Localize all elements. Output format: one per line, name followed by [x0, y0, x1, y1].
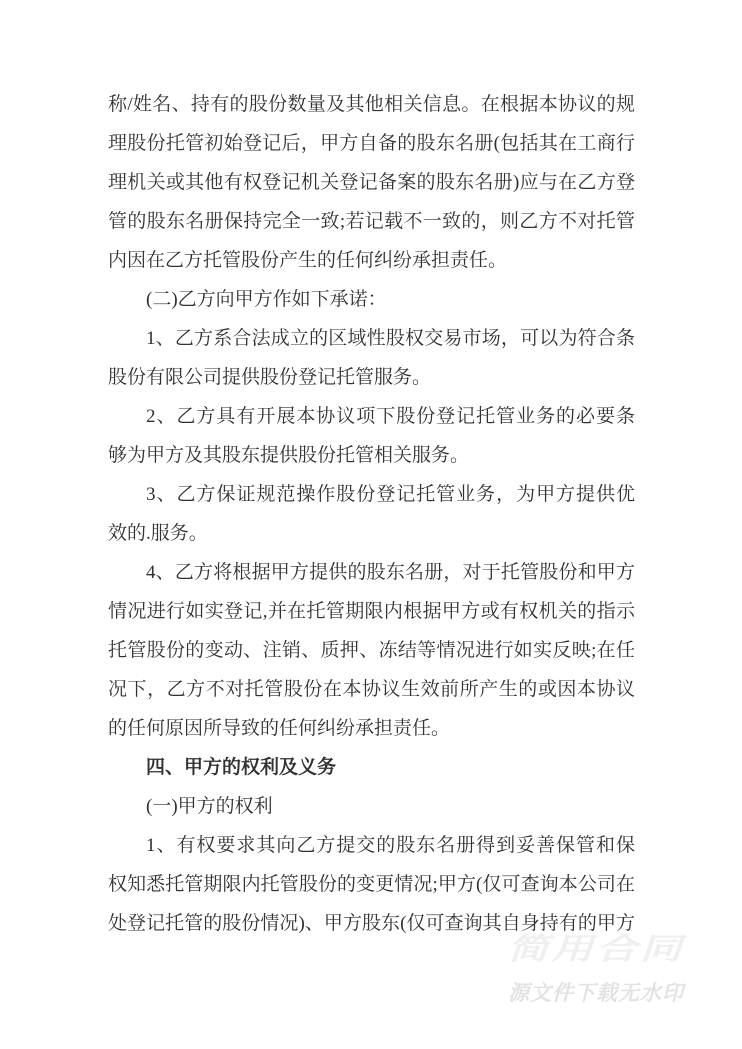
text-line: 1、有权要求其向乙方提交的股东名册得到妥善保管和保密，有	[108, 826, 635, 865]
paragraph: (二)乙方向甲方作如下承诺：	[108, 280, 635, 319]
text-line: (二)乙方向甲方作如下承诺：	[108, 280, 635, 319]
contract-body-text: 称/姓名、持有的股份数量及其他相关信息。在根据本协议的规定办理股份托管初始登记后…	[108, 85, 635, 943]
text-line: 2、乙方具有开展本协议项下股份登记托管业务的必要条件，能	[108, 397, 635, 436]
text-line: 的任何原因所导致的任何纠纷承担责任。	[108, 709, 635, 748]
text-line: 理机关或其他有权登记机关登记备案的股东名册)应与在乙方登记托	[108, 163, 635, 202]
paragraph: 四、甲方的权利及义务	[108, 748, 635, 787]
paragraph: 1、有权要求其向乙方提交的股东名册得到妥善保管和保密，有权知悉托管期限内托管股份…	[108, 826, 635, 943]
text-line: 3、乙方保证规范操作股份登记托管业务，为甲方提供优质、高	[108, 475, 635, 514]
paragraph: 3、乙方保证规范操作股份登记托管业务，为甲方提供优质、高效的.服务。	[108, 475, 635, 553]
watermark-tagline-text: 源文件下载无水印	[508, 977, 684, 1007]
text-line: 权知悉托管期限内托管股份的变更情况;甲方(仅可查询本公司在乙方	[108, 865, 635, 904]
text-line: 四、甲方的权利及义务	[108, 748, 635, 787]
text-line: (一)甲方的权利	[108, 787, 635, 826]
text-line: 理股份托管初始登记后，甲方自备的股东名册(包括其在工商行政管	[108, 124, 635, 163]
text-line: 内因在乙方托管股份产生的任何纠纷承担责任。	[108, 241, 635, 280]
text-line: 效的.服务。	[108, 514, 635, 553]
text-line: 股份有限公司提供股份登记托管服务。	[108, 358, 635, 397]
text-line: 够为甲方及其股东提供股份托管相关服务。	[108, 436, 635, 475]
text-line: 1、乙方系合法成立的区域性股权交易市场，可以为符合条件的	[108, 319, 635, 358]
paragraph: 2、乙方具有开展本协议项下股份登记托管业务的必要条件，能够为甲方及其股东提供股份…	[108, 397, 635, 475]
paragraph: 称/姓名、持有的股份数量及其他相关信息。在根据本协议的规定办理股份托管初始登记后…	[108, 85, 635, 280]
text-line: 4、乙方将根据甲方提供的股东名册，对于托管股份和甲方股份	[108, 553, 635, 592]
text-line: 处登记托管的股份情况)、甲方股东(仅可查询其自身持有的甲方股份	[108, 904, 635, 943]
document-page: 称/姓名、持有的股份数量及其他相关信息。在根据本协议的规定办理股份托管初始登记后…	[0, 0, 742, 1049]
paragraph: 4、乙方将根据甲方提供的股东名册，对于托管股份和甲方股份情况进行如实登记,并在托…	[108, 553, 635, 748]
text-line: 管的股东名册保持完全一致;若记载不一致的，则乙方不对托管期限	[108, 202, 635, 241]
text-line: 托管股份的变动、注销、质押、冻结等情况进行如实反映;在任何情	[108, 631, 635, 670]
text-line: 情况进行如实登记,并在托管期限内根据甲方或有权机关的指示对于	[108, 592, 635, 631]
text-line: 况下，乙方不对托管股份在本协议生效前所产生的或因本协议生效前	[108, 670, 635, 709]
paragraph: 1、乙方系合法成立的区域性股权交易市场，可以为符合条件的股份有限公司提供股份登记…	[108, 319, 635, 397]
text-line: 称/姓名、持有的股份数量及其他相关信息。在根据本协议的规定办	[108, 85, 635, 124]
paragraph: (一)甲方的权利	[108, 787, 635, 826]
